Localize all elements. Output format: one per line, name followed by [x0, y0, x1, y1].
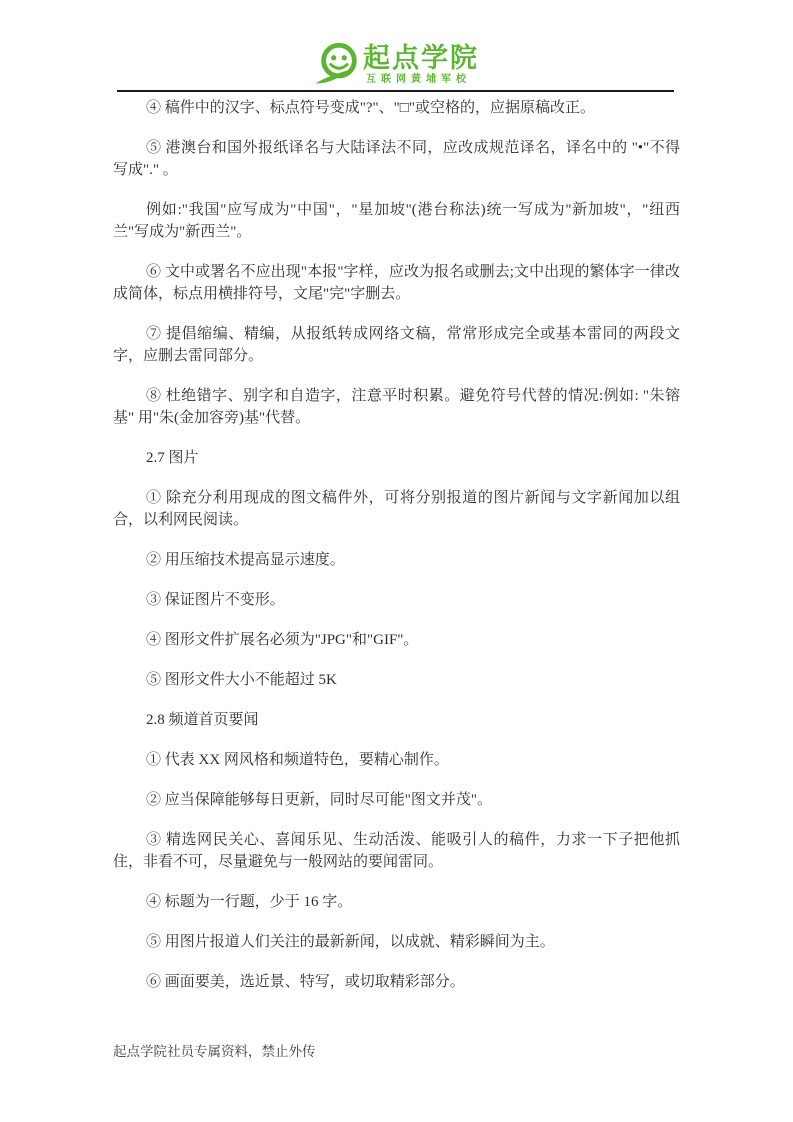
list-item: ③ 保证图片不变形。 [113, 589, 680, 611]
page-header: 起点学院 互联网黄埔军校 [0, 40, 793, 88]
paragraph: 例如:"我国"应写成为"中国"，"星加坡"(港台称法)统一写成为"新加坡"，"纽… [113, 199, 680, 243]
document-page: 起点学院 互联网黄埔军校 ④ 稿件中的汉字、标点符号变成"?"、"□"或空格的，… [0, 0, 793, 1122]
list-item: ⑤ 图形文件大小不能超过 5K [113, 669, 680, 691]
list-item: ⑤ 港澳台和国外报纸译名与大陆译法不同，应改成规范译名，译名中的 "•"不得写成… [113, 137, 680, 181]
section-heading-2-7: 2.7 图片 [113, 447, 680, 469]
list-item: ② 用压缩技术提高显示速度。 [113, 549, 680, 571]
brand-name: 起点学院 [363, 43, 479, 73]
brand-tagline: 互联网黄埔军校 [363, 74, 479, 86]
header-divider-line [117, 90, 674, 92]
list-item: ⑥ 文中或署名不应出现"本报"字样，应改为报名或删去;文中出现的繁体字一律改成简… [113, 261, 680, 305]
logo-text-block: 起点学院 互联网黄埔军校 [363, 43, 479, 86]
list-item: ⑥ 画面要美，选近景、特写，或切取精彩部分。 [113, 971, 680, 993]
list-item: ④ 稿件中的汉字、标点符号变成"?"、"□"或空格的，应据原稿改正。 [113, 97, 680, 119]
list-item: ⑧ 杜绝错字、别字和自造字，注意平时积累。避免符号代替的情况:例如: "朱镕基"… [113, 385, 680, 429]
footer-confidentiality-note: 起点学院社员专属资料，禁止外传 [113, 1040, 316, 1060]
list-item: ④ 图形文件扩展名必须为"JPG"和"GIF"。 [113, 629, 680, 651]
list-item: ⑤ 用图片报道人们关注的最新新闻，以成就、精彩瞬间为主。 [113, 931, 680, 953]
section-heading-2-8: 2.8 频道首页要闻 [113, 709, 680, 731]
list-item: ④ 标题为一行题，少于 16 字。 [113, 891, 680, 913]
document-body: ④ 稿件中的汉字、标点符号变成"?"、"□"或空格的，应据原稿改正。 ⑤ 港澳台… [113, 97, 680, 1011]
qidian-academy-logo: 起点学院 互联网黄埔军校 [314, 40, 479, 88]
list-item: ① 除充分利用现成的图文稿件外，可将分别报道的图片新闻与文字新闻加以组合，以利网… [113, 487, 680, 531]
list-item: ③ 精选网民关心、喜闻乐见、生动活泼、能吸引人的稿件，力求一下子把他抓住，非看不… [113, 829, 680, 873]
list-item: ② 应当保障能够每日更新，同时尽可能"图文并茂"。 [113, 789, 680, 811]
smiley-q-logo-icon [314, 40, 362, 88]
list-item: ① 代表 XX 网风格和频道特色，要精心制作。 [113, 749, 680, 771]
list-item: ⑦ 提倡缩编、精编，从报纸转成网络文稿，常常形成完全或基本雷同的两段文字，应删去… [113, 323, 680, 367]
